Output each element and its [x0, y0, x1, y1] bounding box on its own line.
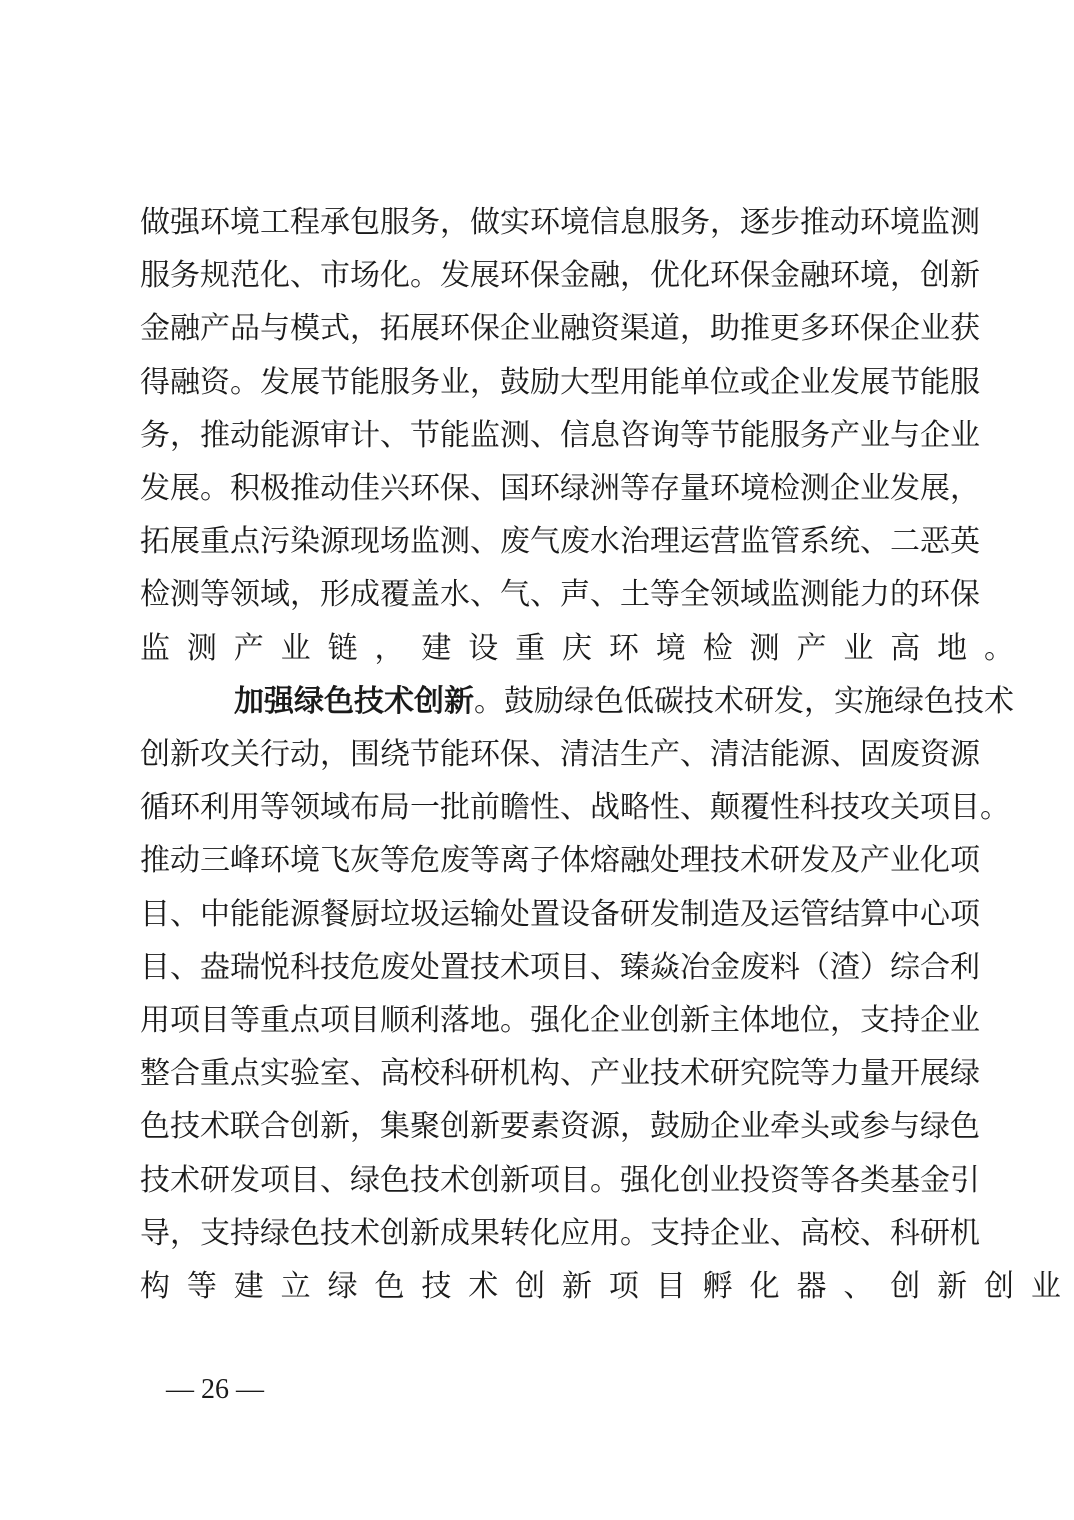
paragraph-2-line-5: 目、中能能源餐厨垃圾运输处置设备研发制造及运管结算中心项	[140, 895, 940, 935]
paragraph-1-line-1: 做强环境工程承包服务，做实环境信息服务，逐步推动环境监测	[140, 203, 940, 243]
page-number: — 26 —	[166, 1373, 264, 1407]
paragraph-2-line-11: 导，支持绿色技术创新成果转化应用。支持企业、高校、科研机	[140, 1214, 940, 1254]
paragraph-2-line-8: 整合重点实验室、高校科研机构、产业技术研究院等力量开展绿	[140, 1054, 940, 1094]
paragraph-1-line-3: 金融产品与模式，拓展环保企业融资渠道，助推更多环保企业获	[140, 309, 940, 349]
paragraph-1-line-7: 拓展重点污染源现场监测、废气废水治理运营监管系统、二恶英	[140, 522, 940, 562]
paragraph-2-line-12: 构等建立绿色技术创新项目孵化器、创新创业平台。	[140, 1267, 940, 1307]
paragraph-1-line-6: 发展。积极推动佳兴环保、国环绿洲等存量环境检测企业发展，	[140, 469, 940, 509]
paragraph-2-line-7: 用项目等重点项目顺利落地。强化企业创新主体地位，支持企业	[140, 1001, 940, 1041]
paragraph-2-line-3: 循环利用等领域布局一批前瞻性、战略性、颠覆性科技攻关项目。	[140, 788, 940, 828]
paragraph-2-line-2: 创新攻关行动，围绕节能环保、清洁生产、清洁能源、固废资源	[140, 735, 940, 775]
paragraph-2-line-9: 色技术联合创新，集聚创新要素资源，鼓励企业牵头或参与绿色	[140, 1107, 940, 1147]
paragraph-1-line-5: 务，推动能源审计、节能监测、信息咨询等节能服务产业与企业	[140, 416, 940, 456]
paragraph-1-line-4: 得融资。发展节能服务业，鼓励大型用能单位或企业发展节能服	[140, 363, 940, 403]
paragraph-2-line-1: 加强绿色技术创新。鼓励绿色低碳技术研发，实施绿色技术	[234, 682, 940, 722]
document-page: 做强环境工程承包服务，做实环境信息服务，逐步推动环境监测服务规范化、市场化。发展…	[0, 0, 1074, 1520]
paragraph-2-line-4: 推动三峰环境飞灰等危废等离子体熔融处理技术研发及产业化项	[140, 841, 940, 881]
paragraph-1-line-8: 检测等领域，形成覆盖水、气、声、土等全领域监测能力的环保	[140, 575, 940, 615]
paragraph-1-line-2: 服务规范化、市场化。发展环保金融，优化环保金融环境，创新	[140, 256, 940, 296]
paragraph-2-line-10: 技术研发项目、绿色技术创新项目。强化创业投资等各类基金引	[140, 1161, 940, 1201]
paragraph-2-line-6: 目、盎瑞悦科技危废处置技术项目、臻焱冶金废料（渣）综合利	[140, 948, 940, 988]
paragraph-1-line-9: 监测产业链，建设重庆环境检测产业高地。	[140, 629, 940, 669]
